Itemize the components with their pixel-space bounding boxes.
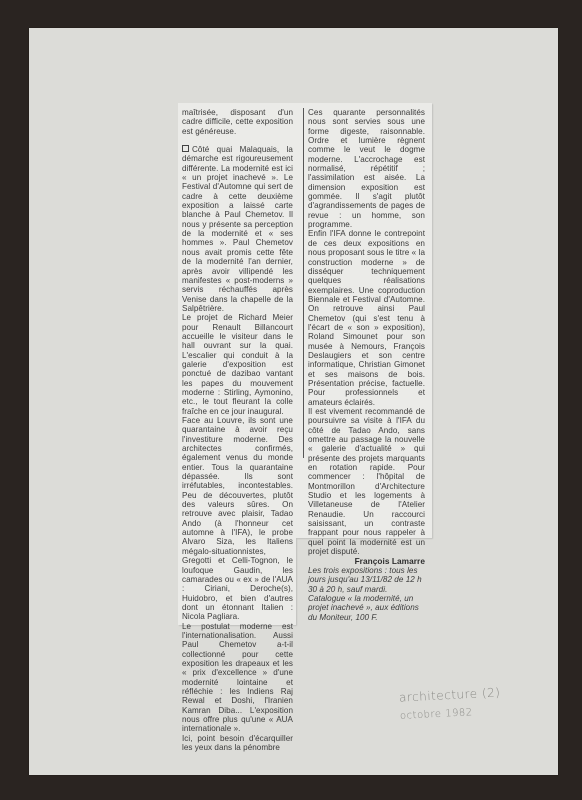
paragraph: Enfin l'IFA donne le contrepoint de ces …	[308, 229, 425, 407]
author-byline: François Lamarre	[308, 557, 425, 566]
paragraph-section-start: Côté quai Malaquais, la démarche est rig…	[182, 145, 293, 313]
paragraph: maîtrisée, disposant d'un cadre difficil…	[182, 108, 293, 136]
square-bullet-icon	[182, 145, 189, 152]
article-column-left: maîtrisée, disposant d'un cadre difficil…	[182, 108, 293, 752]
exhibition-info: Les trois expositions : tous les jours j…	[308, 566, 425, 622]
paragraph: Ici, point besoin d'écarquiller les yeux…	[182, 734, 293, 753]
clipping-left-column: maîtrisée, disposant d'un cadre difficil…	[178, 103, 296, 625]
clipping-right-column: Ces quarante personnalités nous sont ser…	[296, 103, 432, 538]
paragraph: Ces quarante personnalités nous sont ser…	[308, 108, 425, 229]
paragraph: Le postulat moderne est l'internationali…	[182, 622, 293, 734]
paragraph: Le projet de Richard Meier pour Renault …	[182, 313, 293, 416]
paragraph: Il est vivement recommandé de poursuivre…	[308, 407, 425, 557]
paragraph-text: Côté quai Malaquais, la démarche est rig…	[182, 145, 293, 313]
column-divider	[303, 108, 304, 458]
paragraph: Face au Louvre, ils sont une quarantaine…	[182, 416, 293, 622]
article-column-right: Ces quarante personnalités nous sont ser…	[308, 108, 425, 622]
